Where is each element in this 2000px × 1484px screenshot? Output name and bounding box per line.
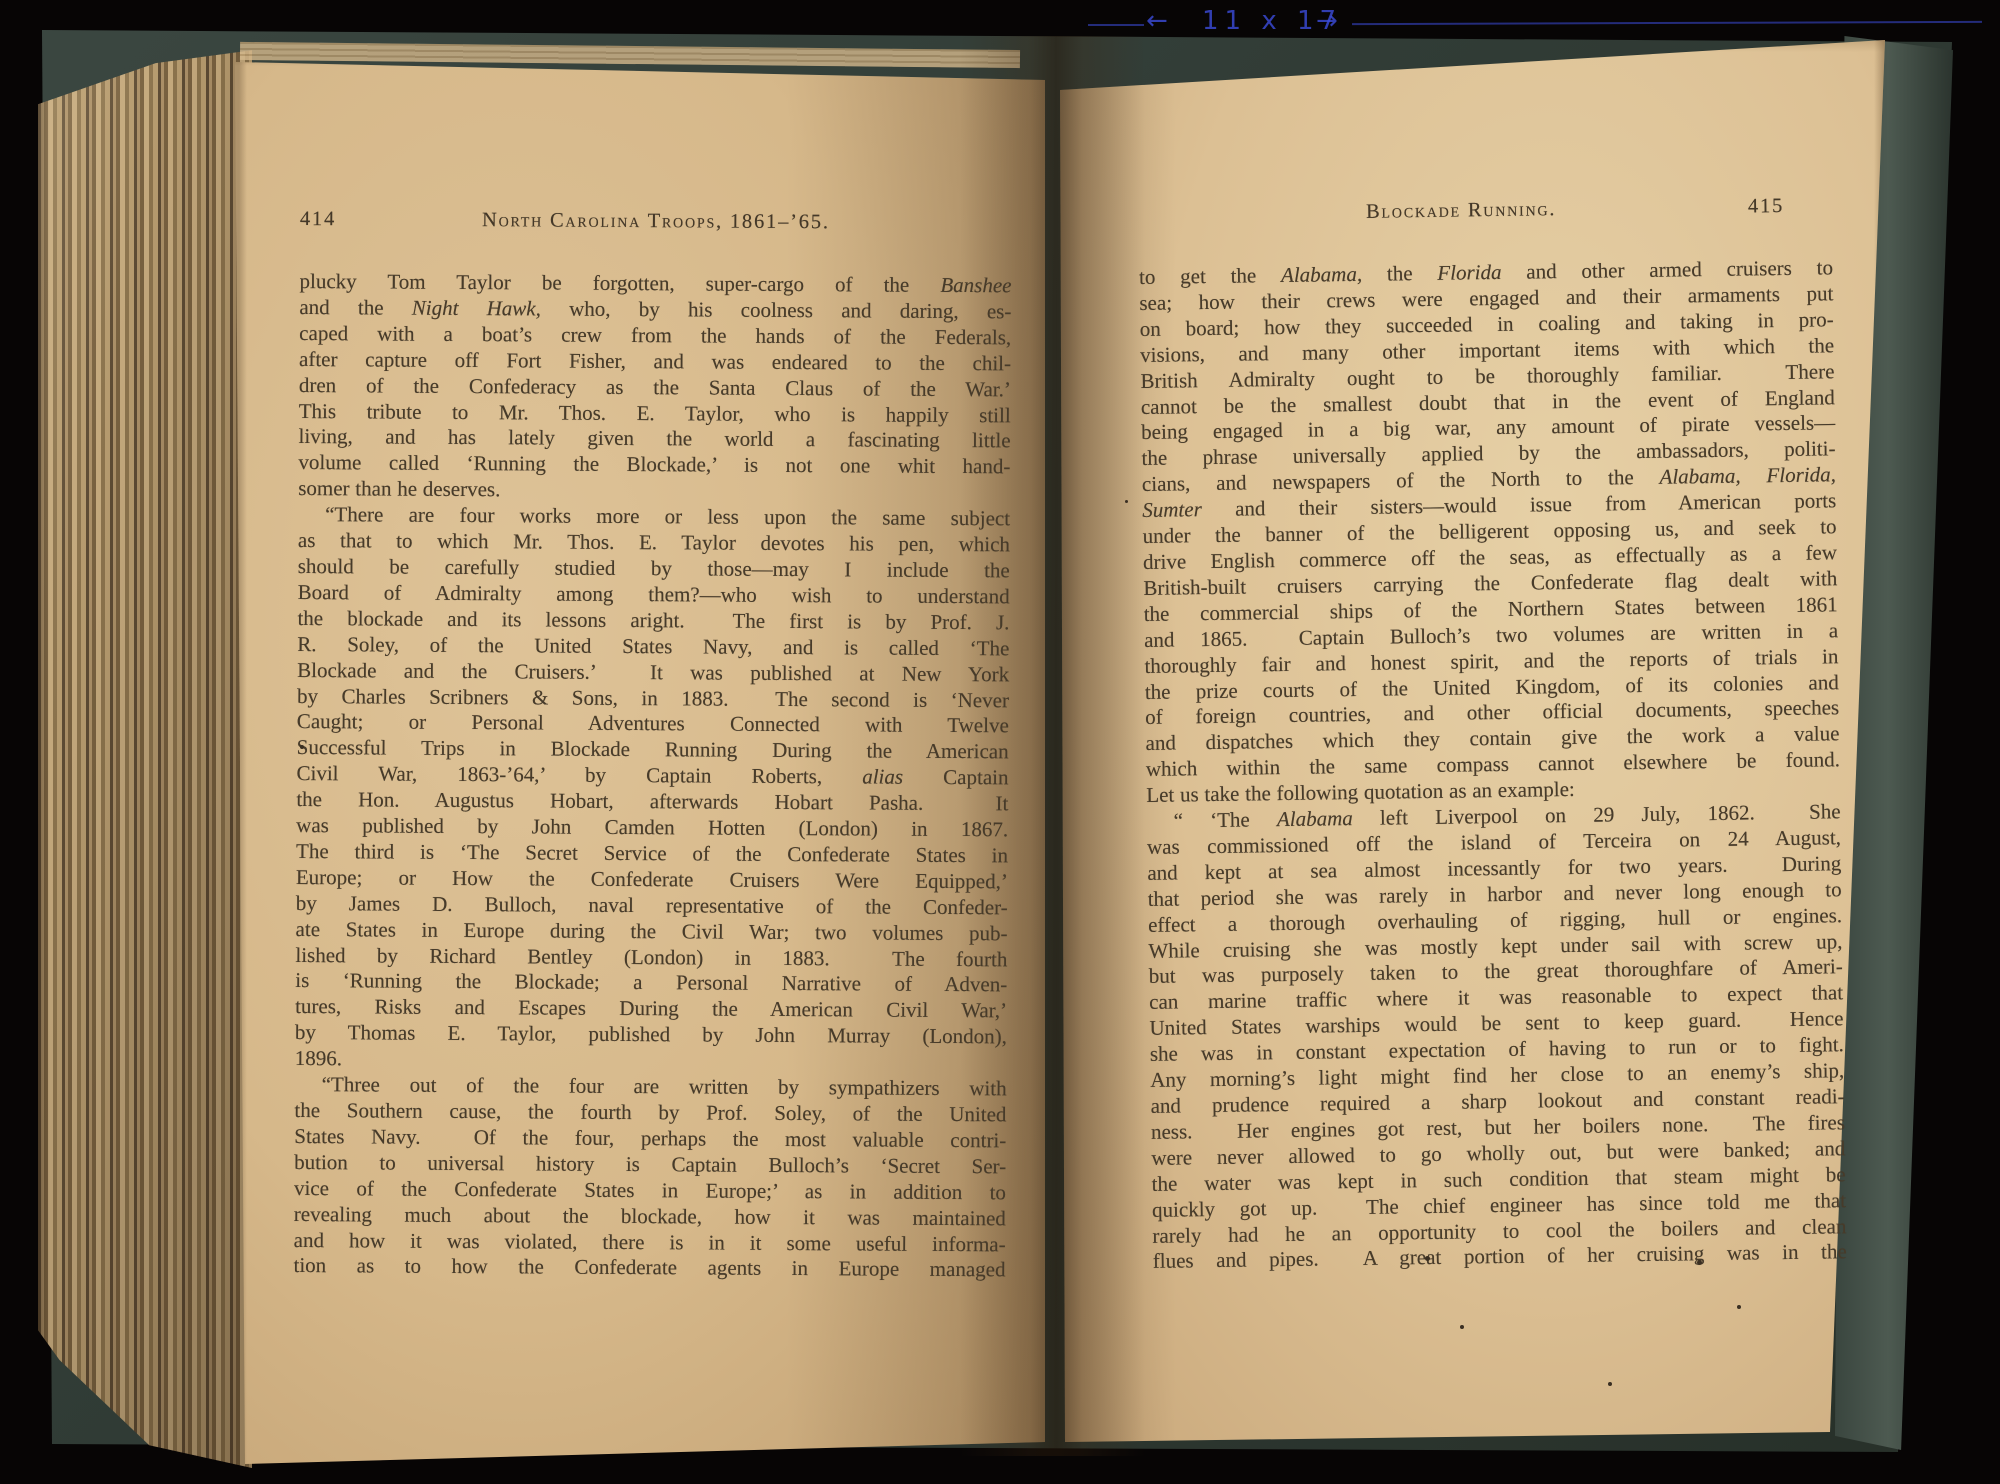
text-line: caped with a boat’s crew from the hands … (299, 321, 1011, 351)
text-line: bution to universal history is Captain B… (294, 1150, 1006, 1180)
right-page-body: to get the Alabama, the Florida and othe… (1139, 255, 1847, 1275)
right-page-text-block: Blockade Running. 415 to get the Alabama… (1138, 192, 1847, 1275)
text-line: Blockade and the Cruisers.’ It was publi… (297, 658, 1009, 688)
left-page-header: 414 North Carolina Troops, 1861–’65. (300, 206, 1012, 236)
text-line: R. Soley, of the United States Navy, and… (297, 632, 1009, 662)
text-line: the blockade and its lessons aright. The… (297, 606, 1009, 636)
page-speck (1425, 1256, 1430, 1261)
page-speck (1125, 500, 1128, 503)
text-line: after capture off Fort Fisher, and was e… (299, 347, 1011, 377)
right-header-spacer (1138, 220, 1228, 221)
page-speck (1737, 1305, 1741, 1309)
text-line: tion as to how the Confederate agents in… (293, 1253, 1005, 1283)
text-line: by Thomas E. Taylor, published by John M… (295, 1020, 1007, 1050)
page-speck (1697, 1260, 1702, 1265)
text-line: Europe; or How the Confederate Cruisers … (296, 865, 1008, 895)
left-page-number: 414 (300, 206, 390, 233)
text-line: revealing much about the blockade, how i… (294, 1202, 1006, 1232)
text-line: vice of the Confederate States in Europe… (294, 1176, 1006, 1206)
page-speck (300, 745, 304, 749)
left-page-body: plucky Tom Taylor be forgotten, super-ca… (293, 269, 1011, 1284)
text-line: ate States in Europe during the Civil Wa… (296, 917, 1008, 947)
ruler-line-left (1088, 24, 1144, 26)
text-line: and the Night Hawk, who, by his coolness… (299, 295, 1011, 325)
page-speck (1460, 1325, 1464, 1329)
left-header-spacer (922, 229, 1012, 230)
ruler-right-arrow-icon: → (1316, 6, 1341, 36)
text-line: dren of the Confederacy as the Santa Cla… (299, 373, 1011, 403)
text-line: Board of Admiralty among them?—who wish … (298, 580, 1010, 610)
ruler-line-right (1352, 21, 1982, 25)
book-scan-scene: ← 11 x 17 → 414 North Carolina Troops, 1… (0, 0, 2000, 1484)
ruler-left-arrow-icon: ← (1146, 6, 1171, 36)
page-speck (1608, 1382, 1612, 1386)
text-line: States Navy. Of the four, perhaps the mo… (294, 1124, 1006, 1154)
text-line: by James D. Bulloch, naval representativ… (296, 891, 1008, 921)
right-page-number: 415 (1694, 193, 1784, 220)
left-running-title: North Carolina Troops, 1861–’65. (390, 207, 922, 236)
left-page-text-block: 414 North Carolina Troops, 1861–’65. plu… (293, 206, 1012, 1284)
page-edges-stack (38, 46, 252, 1468)
right-running-title: Blockade Running. (1228, 194, 1694, 227)
